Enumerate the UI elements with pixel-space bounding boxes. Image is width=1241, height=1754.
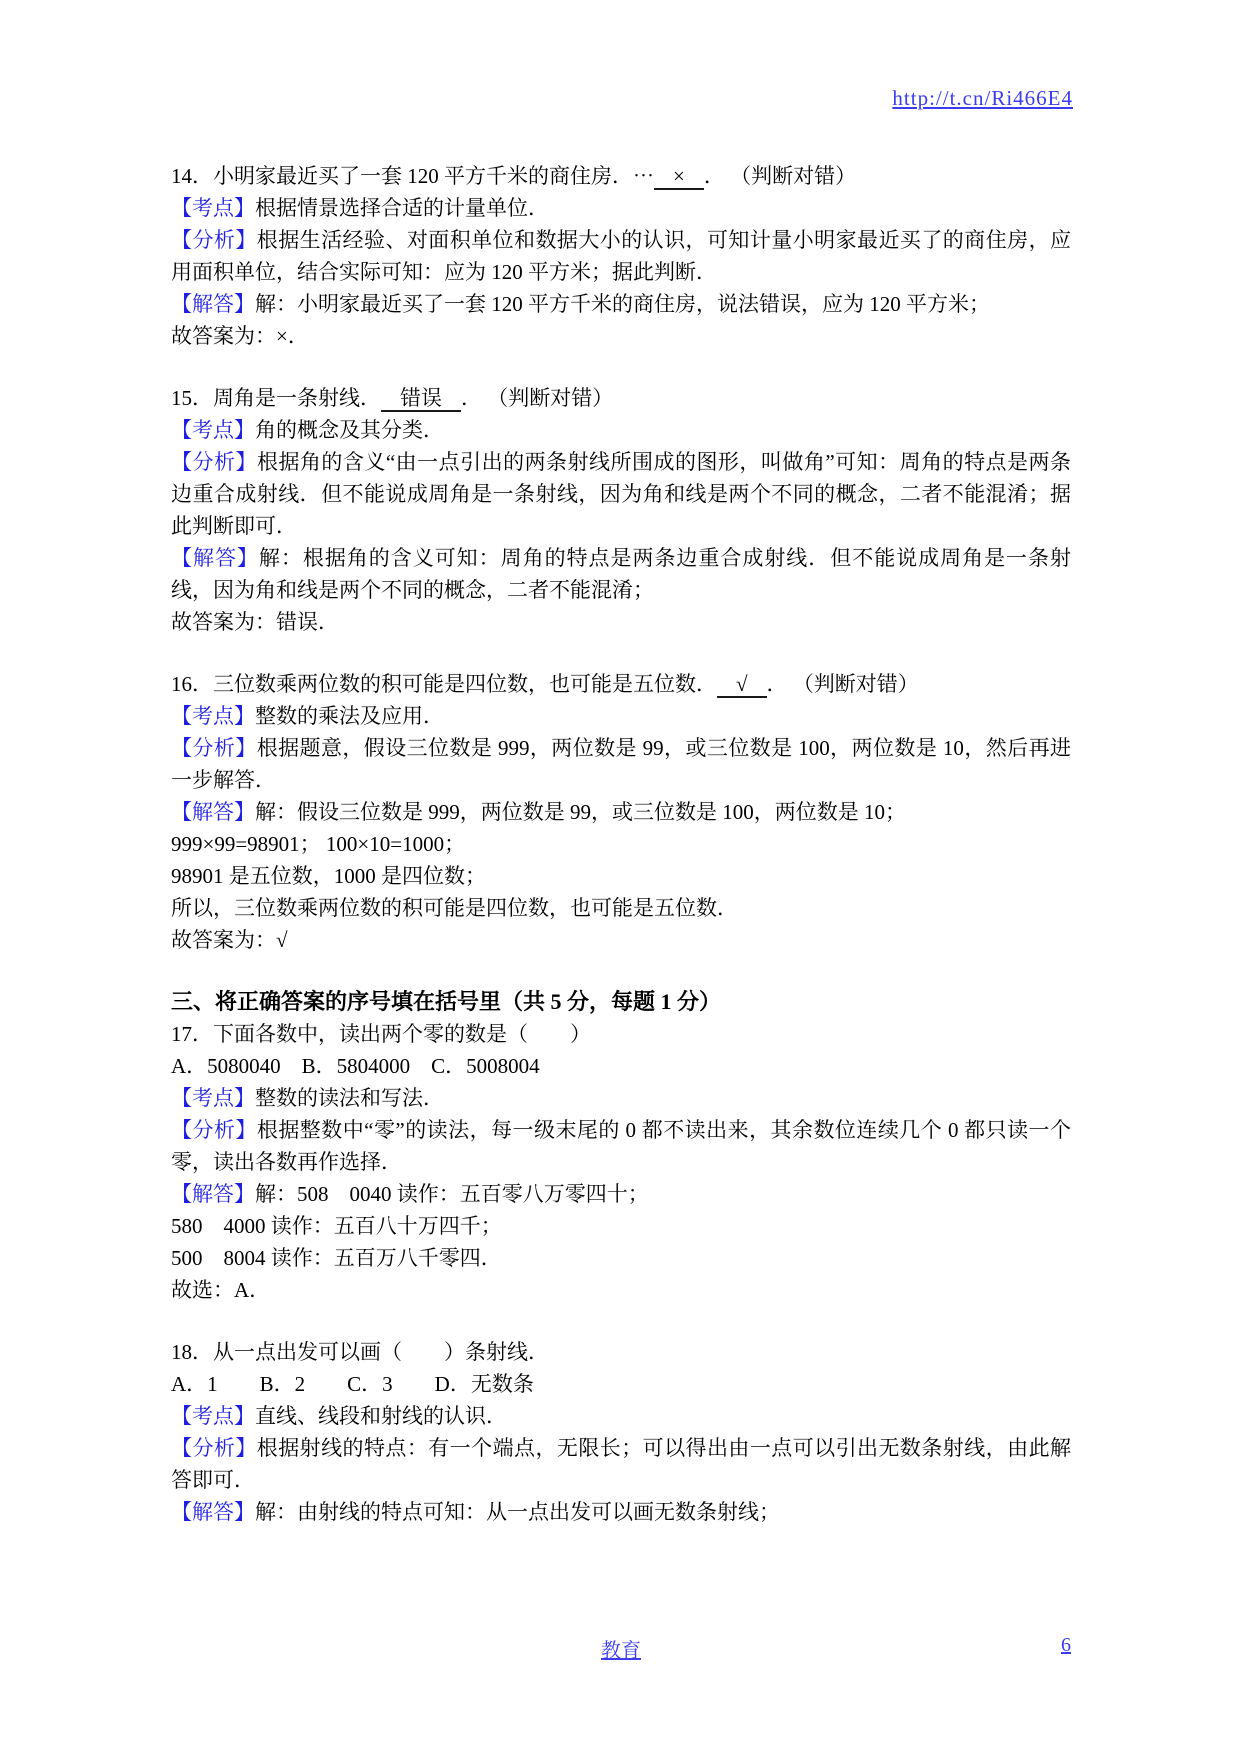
q18-jieda: 【解答】解：由射线的特点可知：从一点出发可以画无数条射线； [171,1496,1071,1528]
text-run: 解：假设三位数是 999，两位数是 99，或三位数是 100，两位数是 10； [255,800,906,824]
q18-fenxi: 【分析】根据射线的特点：有一个端点，无限长；可以得出由一点可以引出无数条射线，由… [171,1432,1071,1496]
text-run: 解：508 0040 读作：五百零八万零四十； [255,1182,649,1206]
text-run: 所以，三位数乘两位数的积可能是四位数，也可能是五位数． [171,896,738,920]
q14-title: 14．小明家最近买了一套 120 平方千米的商住房．⋯×． （判断对错） [171,160,1071,192]
q17-jieda: 【解答】解：508 0040 读作：五百零八万零四十； [171,1178,1071,1210]
footer-education-link[interactable]: 教育 [601,1640,641,1662]
gap-after-q17 [171,1306,1071,1336]
q16-jieda: 【解答】解：假设三位数是 999，两位数是 99，或三位数是 100，两位数是 … [171,796,1071,828]
footer-link-wrap: 教育 [171,1634,1071,1663]
q16-fenxi: 【分析】根据题意，假设三位数是 999，两位数是 99，或三位数是 100，两位… [171,732,1071,796]
header-url-link[interactable]: http://t.cn/Ri466E4 [892,86,1073,111]
q16-conclusion-line: 所以，三位数乘两位数的积可能是四位数，也可能是五位数． [171,892,1071,924]
text-run: 角的概念及其分类． [255,418,444,442]
tag-label: 【考点】 [171,196,255,220]
tag-label: 【考点】 [171,704,255,728]
q16-result-line: 98901 是五位数，1000 是四位数； [171,860,1071,892]
tag-label: 【考点】 [171,1404,255,1428]
text-run: 14．小明家最近买了一套 120 平方千米的商住房．⋯ [171,164,654,188]
text-run: 整数的乘法及应用． [255,704,444,728]
text-run: 500 8004 读作：五百万八千零四． [171,1246,502,1270]
q17-read-line-2: 580 4000 读作：五百八十万四千； [171,1210,1071,1242]
q17-title: 17．下面各数中，读出两个零的数是（ ） [171,1018,1071,1050]
document-page: http://t.cn/Ri466E4 14．小明家最近买了一套 120 平方千… [0,0,1241,1754]
q14-kaodian: 【考点】根据情景选择合适的计量单位． [171,192,1071,224]
text-run: 故答案为：√ [171,928,288,952]
text-run: 故答案为：错误． [171,610,339,634]
tag-label: 【考点】 [171,418,255,442]
section-3-heading: 三、将正确答案的序号填在括号里（共 5 分，每题 1 分） [171,986,1071,1018]
tag-label: 【分析】 [171,450,257,474]
text-run: 根据射线的特点：有一个端点，无限长；可以得出由一点可以引出无数条射线，由此解答即… [171,1436,1071,1492]
answer-blank: × [654,164,704,190]
text-run: 根据情景选择合适的计量单位． [255,196,549,220]
q15-fenxi: 【分析】根据角的含义“由一点引出的两条射线所围成的图形，叫做角”可知：周角的特点… [171,446,1071,542]
q14-jieda: 【解答】解：小明家最近买了一套 120 平方千米的商住房，说法错误，应为 120… [171,288,1071,320]
q18-title: 18．从一点出发可以画（ ）条射线． [171,1336,1071,1368]
q16-title: 16．三位数乘两位数的积可能是四位数，也可能是五位数．√． （判断对错） [171,668,1071,700]
text-run: 解：由射线的特点可知：从一点出发可以画无数条射线； [255,1500,780,1524]
text-run: 故答案为：×． [171,324,309,348]
answer-blank: 错误 [381,386,461,412]
text-run: 580 4000 读作：五百八十万四千； [171,1214,502,1238]
tag-label: 【分析】 [171,1436,257,1460]
tag-label: 【解答】 [171,1500,255,1524]
q18-options: A．1 B．2 C．3 D．无数条 [171,1368,1071,1400]
q15-title: 15．周角是一条射线．错误． （判断对错） [171,382,1071,414]
q17-options: A．5080040 B．5804000 C．5008004 [171,1050,1071,1082]
q16-answer-line: 故答案为：√ [171,924,1071,956]
gap-after-q16 [171,956,1071,986]
q17-fenxi: 【分析】根据整数中“零”的读法，每一级末尾的 0 都不读出来，其余数位连续几个 … [171,1114,1071,1178]
q17-read-line-3: 500 8004 读作：五百万八千零四． [171,1242,1071,1274]
gap-after-q14 [171,352,1071,382]
q14-answer-line: 故答案为：×． [171,320,1071,352]
q15-kaodian: 【考点】角的概念及其分类． [171,414,1071,446]
text-run: 解：小明家最近买了一套 120 平方千米的商住房，说法错误，应为 120 平方米… [255,292,990,316]
text-run: A．1 B．2 C．3 D．无数条 [171,1372,534,1396]
q15-answer-line: 故答案为：错误． [171,606,1071,638]
text-run: A．5080040 B．5804000 C．5008004 [171,1054,540,1078]
tag-label: 【解答】 [171,800,255,824]
tag-label: 【解答】 [171,1182,255,1206]
text-run: 根据角的含义“由一点引出的两条射线所围成的图形，叫做角”可知：周角的特点是两条边… [171,450,1071,538]
text-run: 三、将正确答案的序号填在括号里（共 5 分，每题 1 分） [171,989,721,1014]
q18-kaodian: 【考点】直线、线段和射线的认识． [171,1400,1071,1432]
text-run: 17．下面各数中，读出两个零的数是（ ） [171,1022,591,1046]
text-run: 整数的读法和写法． [255,1086,444,1110]
text-run: 根据生活经验、对面积单位和数据大小的认识，可知计量小明家最近买了的商住房，应用面… [171,228,1071,284]
q14-fenxi: 【分析】根据生活经验、对面积单位和数据大小的认识，可知计量小明家最近买了的商住房… [171,224,1071,288]
text-run: 999×99=98901； 100×10=1000； [171,832,465,856]
text-run: 故选：A． [171,1278,270,1302]
footer-page-number[interactable]: 6 [1061,1634,1071,1657]
tag-label: 【分析】 [171,228,257,252]
text-run: 直线、线段和射线的认识． [255,1404,507,1428]
text-run: ． （判断对错） [704,164,856,188]
text-run: 15．周角是一条射线． [171,386,381,410]
tag-label: 【分析】 [171,736,257,760]
text-run: 18．从一点出发可以画（ ）条射线． [171,1340,549,1364]
q17-answer-line: 故选：A． [171,1274,1071,1306]
tag-label: 【分析】 [171,1118,257,1142]
document-body: 14．小明家最近买了一套 120 平方千米的商住房．⋯×． （判断对错）【考点】… [171,160,1071,1528]
text-run: 根据题意，假设三位数是 999，两位数是 99，或三位数是 100，两位数是 1… [171,736,1071,792]
text-run: 解：根据角的含义可知：周角的特点是两条边重合成射线．但不能说成周角是一条射线，因… [171,546,1071,602]
tag-label: 【考点】 [171,1086,255,1110]
q16-calc-line: 999×99=98901； 100×10=1000； [171,828,1071,860]
text-run: 根据整数中“零”的读法，每一级末尾的 0 都不读出来，其余数位连续几个 0 都只… [171,1118,1071,1174]
gap-after-q15 [171,638,1071,668]
answer-blank: √ [717,672,767,698]
text-run: 98901 是五位数，1000 是四位数； [171,864,486,888]
q16-kaodian: 【考点】整数的乘法及应用． [171,700,1071,732]
tag-label: 【解答】 [171,546,259,570]
text-run: ． （判断对错） [767,672,919,696]
q17-kaodian: 【考点】整数的读法和写法． [171,1082,1071,1114]
text-run: 16．三位数乘两位数的积可能是四位数，也可能是五位数． [171,672,717,696]
text-run: ． （判断对错） [461,386,613,410]
q15-jieda: 【解答】解：根据角的含义可知：周角的特点是两条边重合成射线．但不能说成周角是一条… [171,542,1071,606]
tag-label: 【解答】 [171,292,255,316]
